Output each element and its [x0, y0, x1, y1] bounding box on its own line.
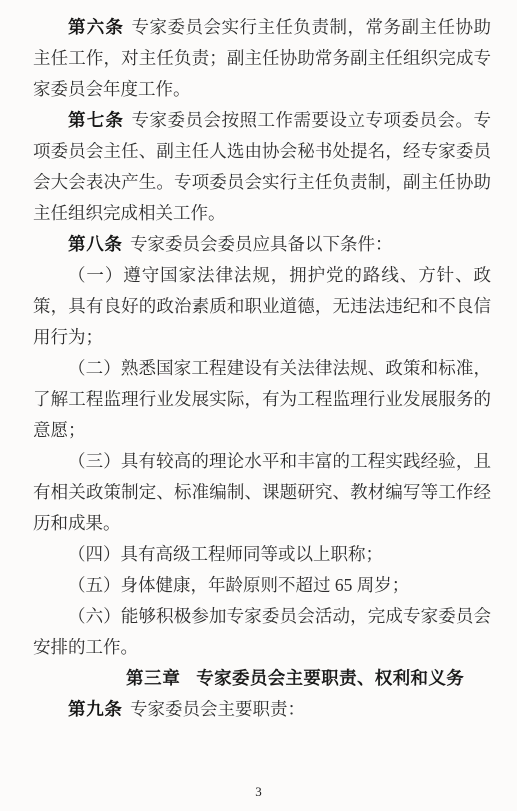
condition-item-3-text: （三）具有较高的理论水平和丰富的工程实践经验，且有相关政策制定、标准编制、课题研…: [33, 451, 491, 533]
condition-item-1: （一）遵守国家法律法规，拥护党的路线、方针、政策，具有良好的政治素质和职业道德，…: [33, 260, 491, 353]
article-9-number: 第九条: [68, 699, 123, 719]
condition-item-6: （六）能够积极参加专家委员会活动，完成专家委员会安排的工作。: [33, 601, 491, 663]
article-6-paragraph: 第六条专家委员会实行主任负责制，常务副主任协助主任工作，对主任负责；副主任协助常…: [33, 12, 491, 105]
condition-item-2-text: （二）熟悉国家工程建设有关法律法规、政策和标准，了解工程监理行业发展实际，有为工…: [33, 358, 491, 440]
condition-item-5: （五）身体健康，年龄原则不超过 65 周岁；: [33, 570, 491, 601]
condition-item-6-text: （六）能够积极参加专家委员会活动，完成专家委员会安排的工作。: [33, 606, 491, 657]
article-8-paragraph: 第八条专家委员会委员应具备以下条件：: [33, 229, 491, 260]
condition-item-5-text: （五）身体健康，年龄原则不超过 65 周岁；: [68, 575, 409, 595]
condition-item-1-text: （一）遵守国家法律法规，拥护党的路线、方针、政策，具有良好的政治素质和职业道德，…: [33, 265, 491, 347]
chapter-3-label: 第三章: [126, 668, 181, 688]
article-7-number: 第七条: [68, 110, 124, 130]
article-6-number: 第六条: [68, 17, 124, 37]
condition-item-3: （三）具有较高的理论水平和丰富的工程实践经验，且有相关政策制定、标准编制、课题研…: [33, 446, 491, 539]
article-9-text: 专家委员会主要职责：: [130, 699, 305, 719]
chapter-3-heading: 第三章专家委员会主要职责、权利和义务: [33, 663, 491, 694]
page-number: 3: [0, 784, 517, 800]
article-9-paragraph: 第九条专家委员会主要职责：: [33, 694, 491, 725]
article-8-text: 专家委员会委员应具备以下条件：: [130, 234, 393, 254]
chapter-3-title: 专家委员会主要职责、权利和义务: [196, 668, 464, 688]
scanned-document-page: 第六条专家委员会实行主任负责制，常务副主任协助主任工作，对主任负责；副主任协助常…: [0, 0, 517, 811]
document-body: 第六条专家委员会实行主任负责制，常务副主任协助主任工作，对主任负责；副主任协助常…: [33, 12, 491, 725]
condition-item-4-text: （四）具有高级工程师同等或以上职称；: [68, 544, 383, 564]
article-7-paragraph: 第七条专家委员会按照工作需要设立专项委员会。专项委员会主任、副主任人选由协会秘书…: [33, 105, 491, 229]
condition-item-4: （四）具有高级工程师同等或以上职称；: [33, 539, 491, 570]
article-8-number: 第八条: [68, 234, 123, 254]
condition-item-2: （二）熟悉国家工程建设有关法律法规、政策和标准，了解工程监理行业发展实际，有为工…: [33, 353, 491, 446]
